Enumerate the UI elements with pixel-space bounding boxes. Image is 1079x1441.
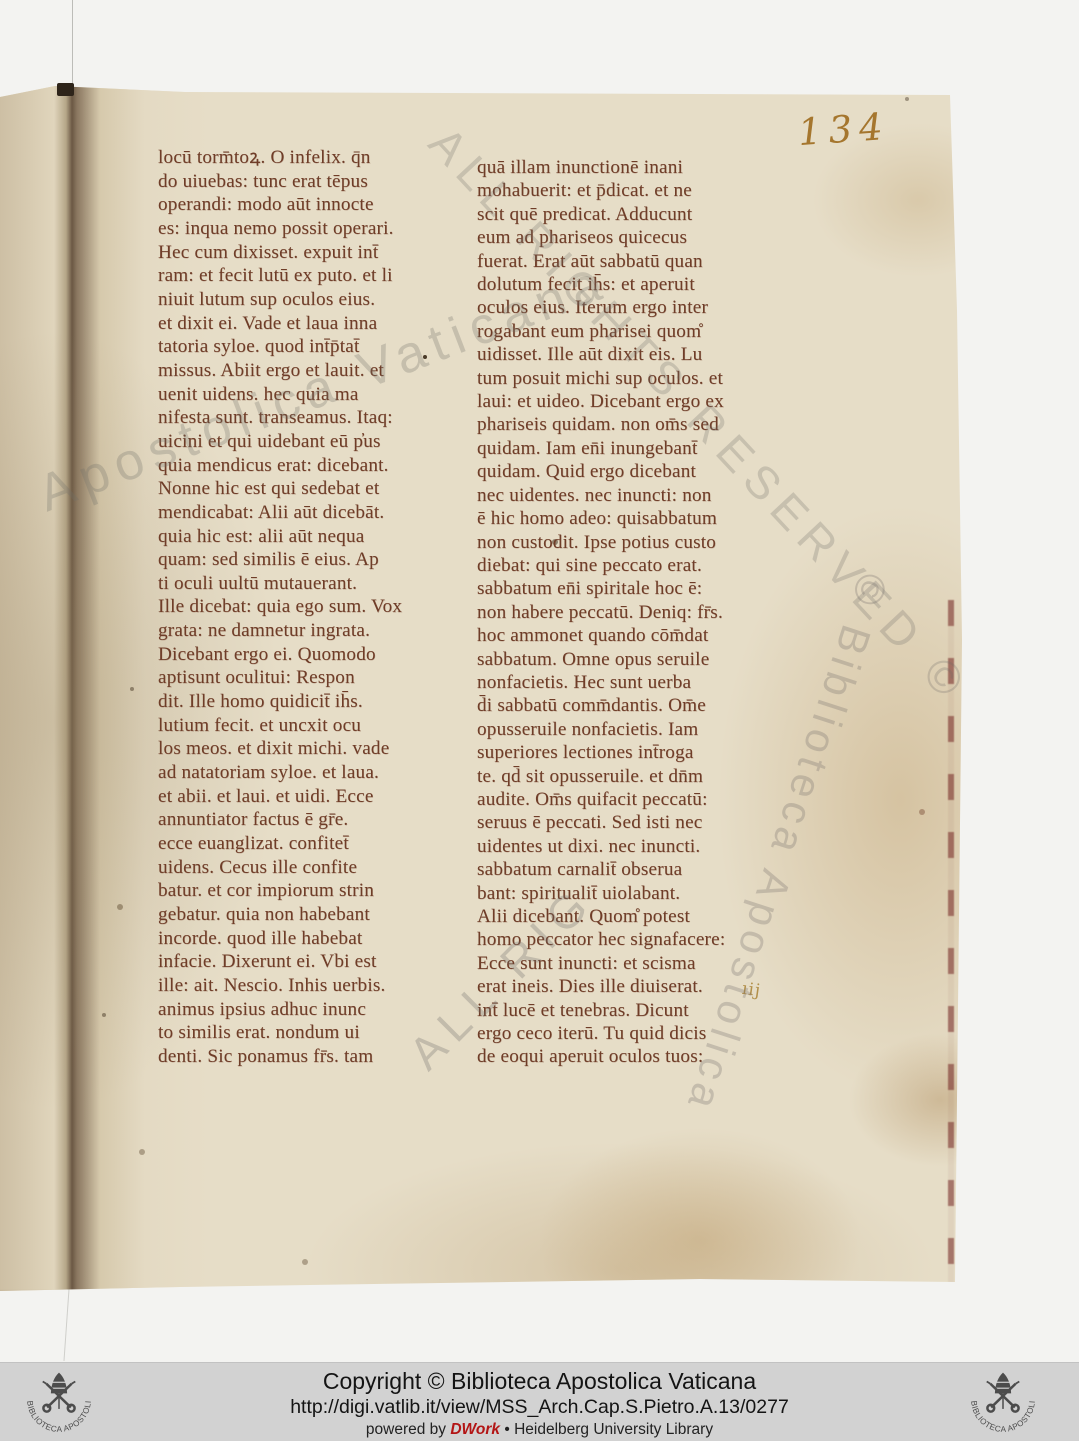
background-seam-line bbox=[63, 1289, 69, 1361]
parchment-page: locū torm̄toꝝ. O infelix. q̄n do uiuebas… bbox=[0, 0, 966, 1298]
photo-area: locū torm̄toꝝ. O infelix. q̄n do uiuebas… bbox=[0, 0, 1079, 1362]
background-seam-line bbox=[72, 0, 73, 88]
marginal-note: ıij bbox=[741, 979, 763, 1001]
powered-suffix: • Heidelberg University Library bbox=[500, 1421, 713, 1438]
copyright-line: Copyright © Biblioteca Apostolica Vatica… bbox=[0, 1367, 1079, 1395]
manuscript-left-column: locū torm̄toꝝ. O infelix. q̄n do uiuebas… bbox=[158, 146, 463, 1069]
source-url: http://digi.vatlib.it/view/MSS_Arch.Cap.… bbox=[0, 1395, 1079, 1420]
folio-number: 134 bbox=[797, 105, 891, 154]
dwork-brand: DWork bbox=[450, 1421, 500, 1438]
vatican-library-logo-left: BIBLIOTECA APOSTOLICA VATICANA bbox=[20, 1366, 98, 1440]
page-edge-stain bbox=[948, 600, 954, 1290]
powered-prefix: powered by bbox=[366, 1421, 450, 1438]
powered-line: powered by DWork • Heidelberg University… bbox=[0, 1420, 1079, 1440]
footer-bar: Copyright © Biblioteca Apostolica Vatica… bbox=[0, 1362, 1079, 1441]
manuscript-right-column: quā illam inunctionē inani mohabuerit: e… bbox=[477, 156, 803, 1069]
digitized-manuscript-viewer: locū torm̄toꝝ. O infelix. q̄n do uiuebas… bbox=[0, 0, 1079, 1441]
footer-text-block: Copyright © Biblioteca Apostolica Vatica… bbox=[0, 1367, 1079, 1440]
vatican-library-logo-right: BIBLIOTECA APOSTOLICA VATICANA bbox=[964, 1366, 1042, 1440]
binding-notch bbox=[57, 83, 74, 96]
